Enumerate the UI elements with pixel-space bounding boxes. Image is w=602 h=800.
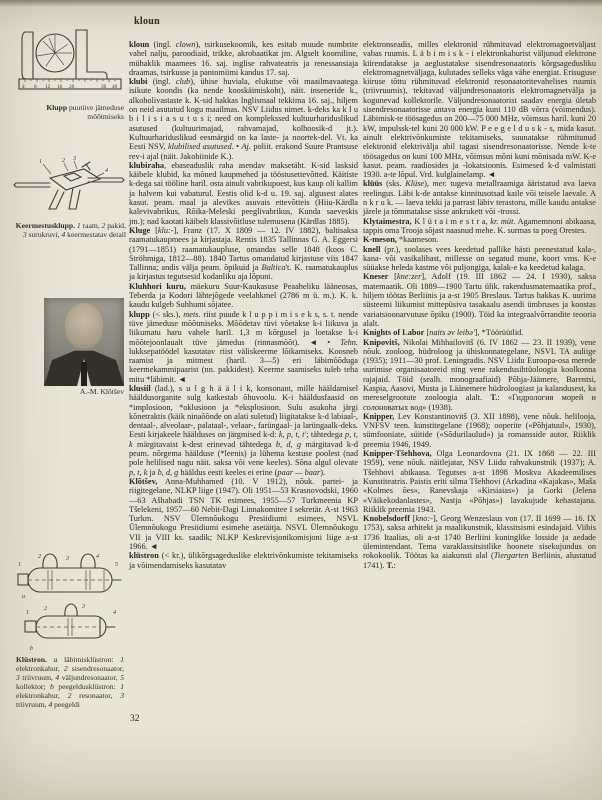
text-run: ; tähtedega: [306, 430, 345, 439]
text-run: klubilised asutused: [168, 142, 232, 151]
text-run: puutüve jämeduse mõõtmiseks: [67, 103, 124, 121]
text-run: elektronseadis, milles elektronid rühmit…: [363, 40, 596, 179]
encyclopedia-entry: Kneser [kne:zer], Adolf (19. III 1862 — …: [363, 272, 596, 328]
text-run: klubiraha: [129, 161, 164, 170]
encyclopedia-entry: Klytaimestra, K l ü t a i m e s t r a, k…: [363, 217, 596, 236]
figure-label: 1: [26, 610, 29, 616]
text-run: ),: [424, 179, 433, 188]
text-run: Anna-Muhhamed (10. V 1912), nõuk. partei…: [129, 477, 358, 551]
encyclopedia-entry: klupp (< sks.), mets. riist puude k l u …: [129, 310, 358, 384]
klupp-diagram-icon: 4 8 12 16 20 36 40: [16, 22, 124, 102]
figure-label: 2: [44, 606, 47, 612]
ruler-number: 12: [45, 84, 51, 90]
text-run: resonaator,: [71, 691, 120, 700]
text-run: Klupp: [46, 103, 67, 112]
klupp-figure: 4 8 12 16 20 36 40 Klupp puutüve jämedus…: [16, 22, 124, 122]
text-run: klupp: [129, 310, 150, 319]
text-run: kno:-: [415, 514, 433, 523]
text-run: :: [394, 561, 396, 570]
figure-label: 2: [62, 158, 65, 164]
encyclopedia-entry: Kluhhori kuru, mäekuru Suur-Kaukasuse Pe…: [129, 282, 358, 310]
text-run: läbimisklüstron:: [57, 655, 120, 664]
encyclopedia-entry: K-meson, *kaameson.: [363, 235, 596, 244]
running-head: kloun: [134, 16, 160, 27]
text-run: surukruvi,: [27, 230, 62, 239]
text-run: ], Adolf (19. III 1862 — 24. I 1930), sa…: [363, 272, 596, 327]
text-run: , ebaseaduslik raha asendav maksetäht. K…: [129, 161, 358, 226]
figure-label: 3: [72, 156, 76, 162]
text-run: ), ühise huviala, elukutse või maailmava…: [129, 77, 358, 151]
text-run: triivruum,: [20, 673, 56, 682]
text-run: [47, 655, 54, 664]
scan-edge-artifact: [0, 0, 602, 7]
encyclopedia-entry: Klõtšev, Anna-Muhhamed (10. V 1912), nõu…: [129, 477, 358, 551]
encyclopedia-entry: Knipovitš, Nikolai Mihhailovitš (6. IV 1…: [363, 338, 596, 412]
text-run: Klõtšev,: [129, 477, 157, 486]
ruler-number: 4: [22, 84, 25, 90]
encyclopedia-entry: elektronseadis, milles elektronid rühmit…: [363, 40, 596, 179]
portrait-caption: A.-M. Klõtšev: [44, 388, 124, 397]
text-run: [: [388, 272, 397, 281]
ruler-number: 36: [101, 84, 107, 90]
text-run: mer.: [433, 179, 447, 188]
portrait-head: [65, 303, 103, 349]
text-run: elektronkahur,: [16, 691, 68, 700]
ruler-number: 8: [34, 84, 37, 90]
text-run: Kneser: [363, 272, 388, 281]
text-run: *kaameson.: [397, 235, 438, 244]
encyclopedia-entry: klusiil (lad.), s u l g h ä ä l i k, kon…: [129, 384, 358, 477]
text-run: kr. müt.: [490, 217, 515, 226]
text-run: T.: [387, 561, 394, 570]
text-run: keermestatav detail: [65, 230, 126, 239]
portrait-tie: [81, 362, 87, 386]
keermestusklupp-caption: Keermestusklupp. 1 raam, 2 pakid, 3 suru…: [12, 222, 126, 240]
figure-label: 5: [115, 562, 118, 568]
text-run: clown: [176, 40, 196, 49]
text-run: pakid,: [105, 221, 126, 230]
klystron-diagram-icon: 1 2 3 4 5 a 1 2 3 4 b: [16, 550, 124, 654]
text-run: Tehn.: [340, 338, 358, 347]
portrait-figure: A.-M. Klõtšev: [44, 298, 124, 397]
text-run: Knipovitš,: [363, 338, 400, 347]
portrait-photo: [44, 298, 124, 386]
encyclopedia-entry: kloun (ingl. clown), tsirkusekoomik, kes…: [129, 40, 358, 77]
text-run: klu:-: [158, 226, 174, 235]
text-run: peegeldi: [52, 700, 80, 709]
text-run: (ingl.: [149, 40, 175, 49]
text-run: Klüse: [405, 179, 424, 188]
text-run: K-meson,: [363, 235, 397, 244]
text-run: klüstron: [129, 551, 159, 560]
text-run: klubi: [129, 77, 147, 86]
figure-label: 2: [38, 554, 41, 560]
text-run: hääldus eesti keeles ei erine (: [178, 468, 277, 477]
text-run: triivruum,: [16, 700, 48, 709]
text-run: mets.: [183, 310, 200, 319]
text-run: Lev Konstantinovitš (3. XII 1898), vene …: [363, 412, 596, 449]
page-number: 32: [130, 714, 140, 724]
right-text-column: elektronseadis, milles elektronid rühmit…: [363, 40, 596, 570]
text-run: 5: [120, 673, 124, 682]
text-run: 3: [120, 691, 124, 700]
klystron-caption: Klüstron. a läbimisklüstron: 1 elektronk…: [16, 656, 124, 709]
ruler-number: 20: [69, 84, 75, 90]
text-run: paar — baar: [277, 468, 320, 477]
figure-label: a: [22, 594, 25, 600]
text-run: 1: [120, 682, 124, 691]
text-run: väljundresonaator,: [59, 673, 120, 682]
text-run: (ingl.: [147, 77, 175, 86]
text-run: naits əv leibə': [429, 328, 475, 337]
text-run: Tiergarten: [494, 551, 529, 560]
text-run: p, t, k: [129, 468, 147, 477]
text-run: elektronkahur,: [16, 664, 64, 673]
text-run: Olga Leonardovna (21. IX 1868 — 22. III …: [363, 449, 596, 514]
figure-label: b: [30, 646, 33, 652]
text-run: b, d, g: [276, 440, 301, 449]
figure-label: 4: [113, 609, 116, 616]
text-run: klüüs: [363, 179, 382, 188]
encyclopedia-entry: klubiraha, ebaseaduslik raha asendav mak…: [129, 161, 358, 226]
figure-label: 1: [18, 562, 21, 568]
text-run: ], *Töörüütlid.: [475, 328, 524, 337]
text-run: (< sks.),: [150, 310, 184, 319]
text-run: lukksepatöödel kasutatav riist väliskeer…: [129, 347, 358, 384]
encyclopedia-entry: klüstron (< kr.), ülikõrgsageduslike ele…: [129, 551, 358, 570]
keermestusklupp-diagram-icon: 1 2 3 4: [12, 154, 126, 220]
klystron-figure: 1 2 3 4 5 a 1 2 3 4 b Klüstron. a läbimi…: [16, 550, 124, 709]
encyclopedia-entry: Knipper, Lev Konstantinovitš (3. XII 189…: [363, 412, 596, 449]
text-run: K l ü t a i m e s t r a,: [412, 217, 491, 226]
text-run: 1: [120, 655, 124, 664]
figure-label: 4: [105, 167, 108, 174]
text-run: klusiil: [129, 384, 151, 393]
text-run: Kluge: [129, 226, 150, 235]
text-run: Knipper,: [363, 412, 394, 421]
text-run: ).: [320, 468, 325, 477]
text-run: (< kr.), ülikõrgsageduslike elektrivõnku…: [129, 551, 358, 569]
ruler-number: 16: [57, 84, 63, 90]
text-run: peegeldusklüstron:: [54, 682, 120, 691]
text-run: Kluhhori kuru,: [129, 282, 186, 291]
encyclopedia-entry: Knights of Labor [naits əv leibə'], *Töö…: [363, 328, 596, 337]
figure-label: 3: [65, 556, 69, 562]
text-run: Aj.: [241, 142, 250, 151]
figure-label: 1: [39, 159, 42, 165]
text-run: knell: [363, 245, 381, 254]
text-run: (pr.), soolases vees keedetud pallike hä…: [363, 245, 596, 273]
klupp-caption: Klupp puutüve jämeduse mõõtmiseks: [16, 104, 124, 122]
text-run: ja: [147, 468, 157, 477]
text-run: kollektor;: [16, 682, 50, 691]
ruler-number: 40: [112, 84, 118, 90]
text-run: club: [176, 77, 190, 86]
text-run: [: [150, 226, 158, 235]
encyclopedia-entry: klüüs (sks. Klüse), mer. tugeva metallra…: [363, 179, 596, 216]
text-run: k, p, t, t': [279, 430, 306, 439]
encyclopedia-entry: klubi (ingl. club), ühise huviala, eluku…: [129, 77, 358, 161]
text-run: raam,: [81, 221, 102, 230]
text-run: märgitavaist k-dest erinevad tähtedega: [133, 440, 276, 449]
encyclopedia-entry: knell (pr.), soolases vees keedetud pall…: [363, 245, 596, 273]
text-run: Knights of Labor: [363, 328, 424, 337]
text-run: (sks.: [382, 179, 405, 188]
text-run: kne:zer: [397, 272, 421, 281]
text-run: Knobelsdorff: [363, 514, 410, 523]
text-run: Keermestusklupp.: [16, 221, 75, 230]
encyclopedia-entry: Knipper-Tšehhova, Olga Leonardovna (21. …: [363, 449, 596, 514]
keermestusklupp-figure: 1 2 3 4 Keermestusklupp. 1 raam, 2 pakid…: [12, 154, 126, 240]
figure-label: 3: [81, 604, 85, 610]
figure-label: 4: [96, 553, 99, 560]
encyclopedia-entry: Knobelsdorff [kno:-], Georg Wenzeslaus v…: [363, 514, 596, 570]
text-run: b, d, g: [158, 468, 179, 477]
encyclopedia-entry: Kluge [klu:-], Franz (17. X 1809 — 12. I…: [129, 226, 358, 282]
text-run: Baltica: [262, 263, 286, 272]
text-run: kloun: [129, 40, 149, 49]
text-run: Klytaimestra,: [363, 217, 412, 226]
left-text-column: kloun (ingl. clown), tsirkusekoomik, kes…: [129, 40, 358, 570]
text-run: sisendresonaator,: [68, 664, 124, 673]
encyclopedia-page: kloun 4 8 12 16 20 36 40 Klupp puutüve j…: [0, 0, 602, 800]
text-run: Klüstron.: [16, 655, 47, 664]
text-run: Knipper-Tšehhova,: [363, 449, 432, 458]
